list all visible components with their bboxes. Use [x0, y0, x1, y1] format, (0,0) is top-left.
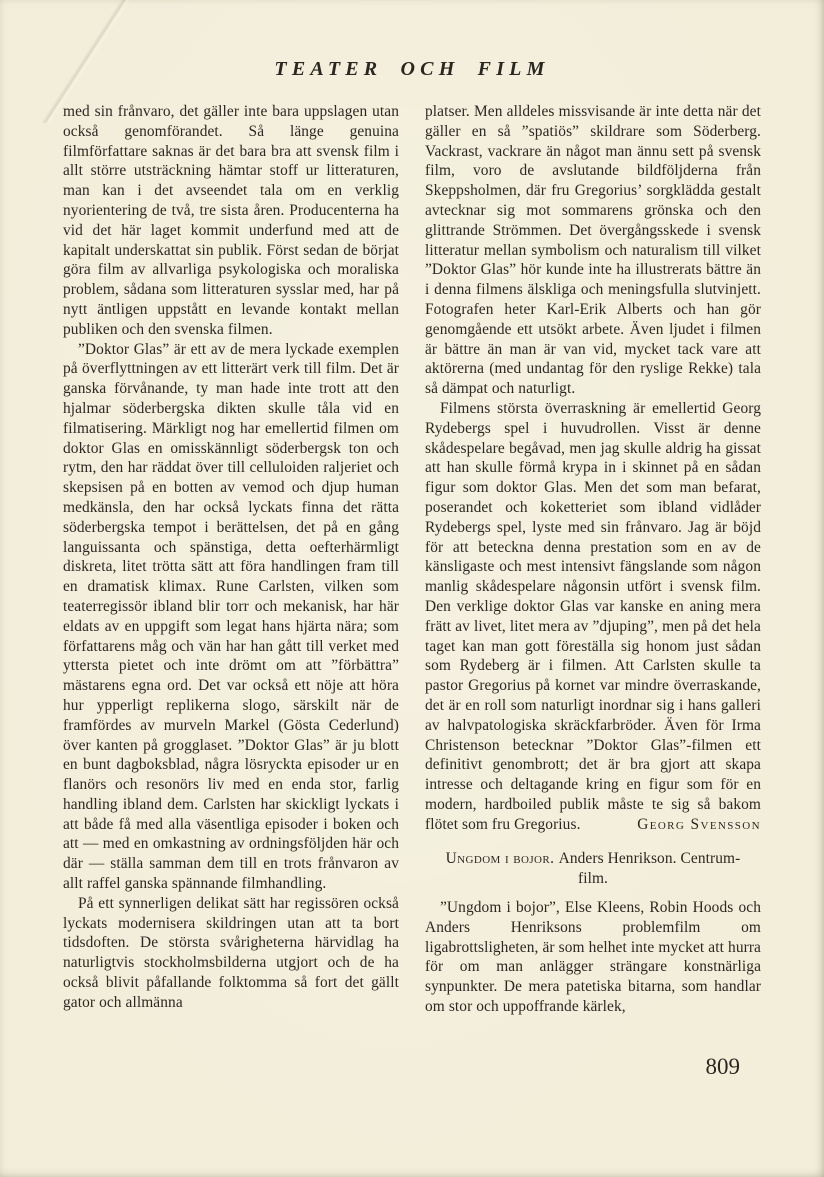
paragraph: med sin frånvaro, det gäller inte bara u…: [63, 102, 399, 340]
paragraph: Filmens största överraskning är emellert…: [425, 399, 761, 835]
journal-page: TEATER OCH FILM med sin frånvaro, det gä…: [0, 0, 824, 1177]
author-signature: Georg Svensson: [622, 815, 761, 835]
review-heading-line1: Ungdom i bojor. Anders Henrikson. Centru…: [425, 849, 761, 869]
paragraph: ”Ungdom i bojor”, Else Kleens, Robin Hoo…: [425, 898, 761, 1017]
right-column: platser. Men alldeles missvisande är int…: [425, 102, 761, 1017]
review-heading: Ungdom i bojor. Anders Henrikson. Centru…: [425, 849, 761, 889]
paragraph: ”Doktor Glas” är ett av de mera lyckade …: [63, 340, 399, 894]
page-number: 809: [706, 1054, 741, 1080]
text-columns: med sin frånvaro, det gäller inte bara u…: [63, 102, 761, 1017]
review-title: Ungdom i bojor.: [446, 850, 559, 867]
review-credits-continued: film.: [425, 869, 761, 889]
paragraph: På ett synnerligen delikat sätt har regi…: [63, 894, 399, 1013]
running-head: TEATER OCH FILM: [0, 0, 824, 81]
left-column: med sin frånvaro, det gäller inte bara u…: [63, 102, 399, 1017]
paragraph: platser. Men alldeles missvisande är int…: [425, 102, 761, 399]
review-credits: Anders Henrikson. Centrum-: [559, 850, 741, 867]
